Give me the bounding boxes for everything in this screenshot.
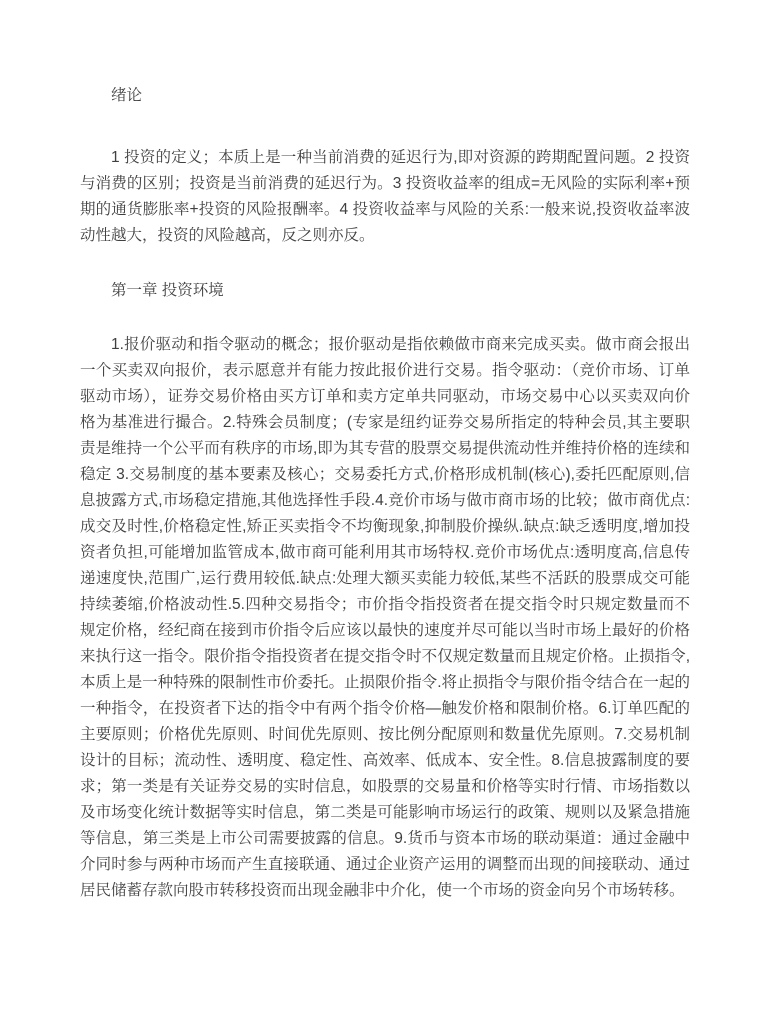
- paragraph-investment-environment: 1.报价驱动和指令驱动的概念；报价驱动是指依赖做市商来完成买卖。做市商会报出一个…: [80, 332, 690, 904]
- section-heading-chapter1: 第一章 投资环境: [80, 278, 690, 304]
- paragraph-investment-basics: 1 投资的定义；本质上是一种当前消费的延迟行为,即对资源的跨期配置问题。2 投资…: [80, 145, 690, 249]
- document-page: 绪论 1 投资的定义；本质上是一种当前消费的延迟行为,即对资源的跨期配置问题。2…: [0, 0, 768, 1024]
- section-heading-preface: 绪论: [80, 83, 690, 109]
